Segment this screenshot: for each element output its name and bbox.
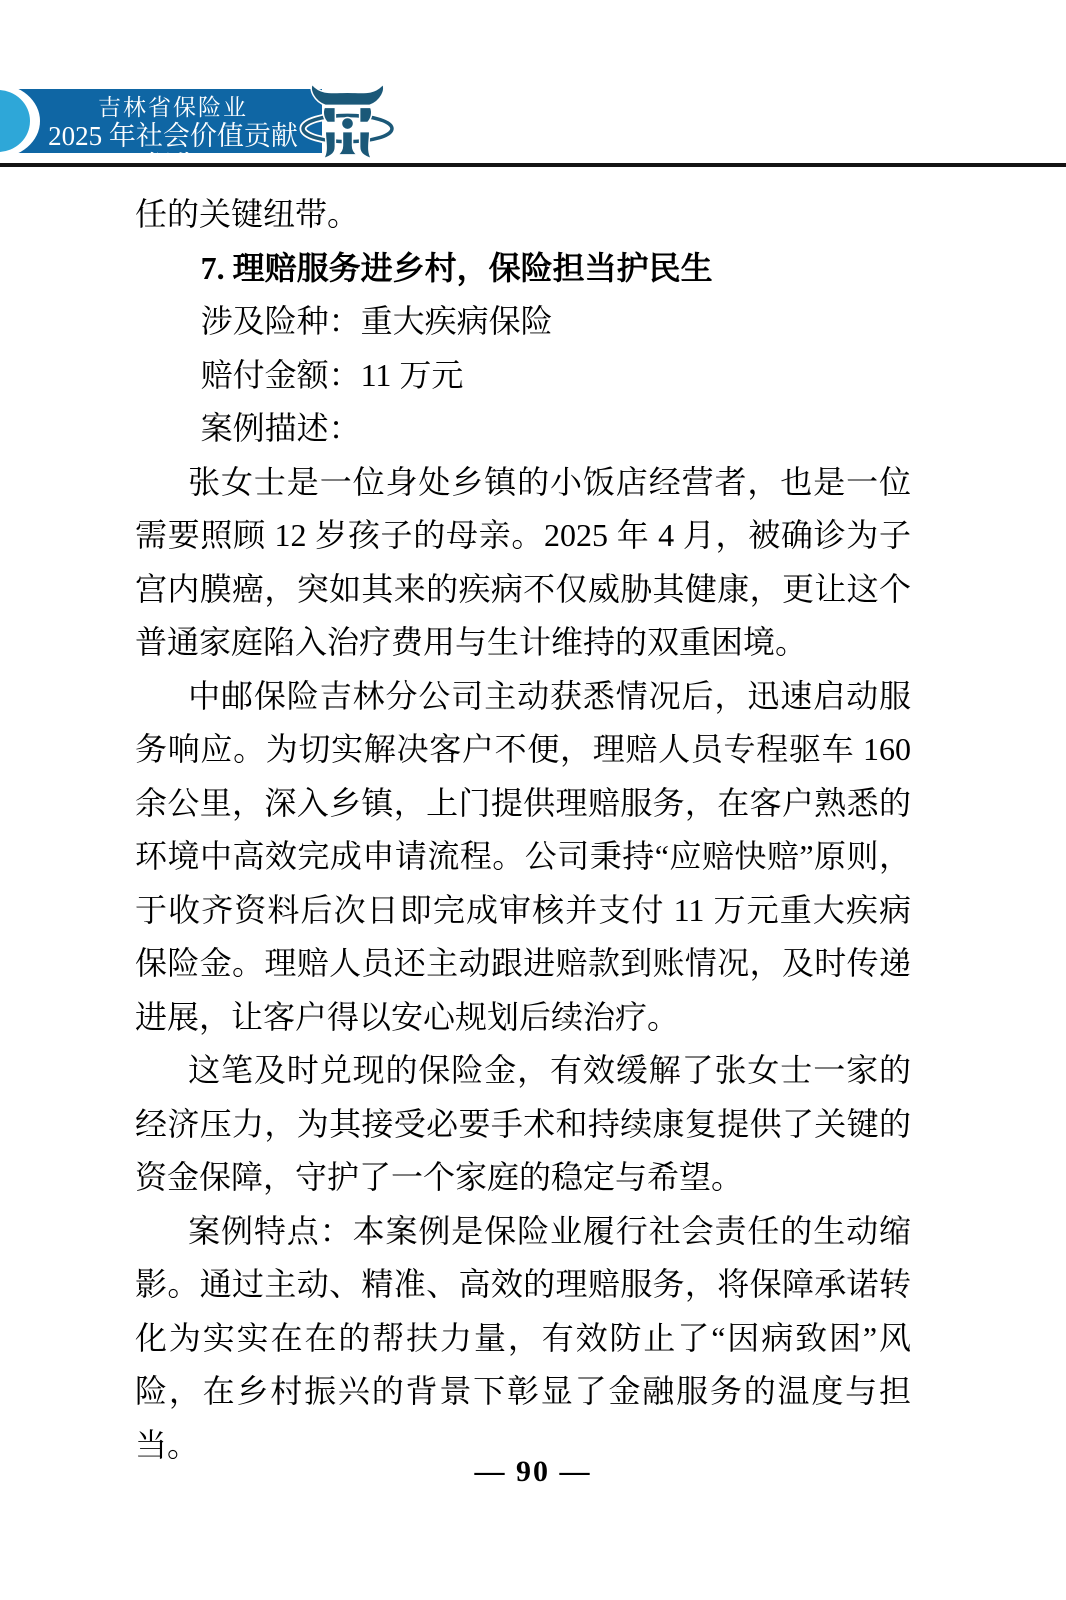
report-page: 吉林省保险业 2025 年社会价值贡献报告 任的关键纽带。 7. 理赔服务进乡村…: [0, 0, 1066, 1600]
banner-org-name: 吉林省保险业: [36, 95, 310, 121]
header-divider: [0, 163, 1066, 167]
meta-line-payout-amount: 赔付金额：11 万元: [135, 349, 911, 403]
insurance-association-pavilion-logo-icon: [299, 82, 396, 161]
banner-report-name: 2025 年社会价值贡献报告: [36, 121, 310, 181]
meta-line-insurance-type: 涉及险种：重大疾病保险: [135, 295, 911, 349]
page-body: 任的关键纽带。 7. 理赔服务进乡村，保险担当护民生 涉及险种：重大疾病保险 赔…: [135, 188, 911, 1472]
case-paragraph: 这笔及时兑现的保险金，有效缓解了张女士一家的经济压力，为其接受必要手术和持续康复…: [135, 1044, 911, 1205]
continuation-line: 任的关键纽带。: [135, 188, 911, 242]
case-paragraph: 中邮保险吉林分公司主动获悉情况后，迅速启动服务响应。为切实解决客户不便，理赔人员…: [135, 670, 911, 1045]
case-heading: 7. 理赔服务进乡村，保险担当护民生: [135, 242, 911, 296]
case-paragraph: 案例特点：本案例是保险业履行社会责任的生动缩影。通过主动、精准、高效的理赔服务，…: [135, 1205, 911, 1473]
meta-line-case-description-label: 案例描述：: [135, 402, 911, 456]
case-paragraph: 张女士是一位身处乡镇的小饭店经营者，也是一位需要照顾 12 岁孩子的母亲。202…: [135, 456, 911, 670]
banner-title: 吉林省保险业 2025 年社会价值贡献报告: [36, 95, 310, 181]
page-number: — 90 —: [0, 1455, 1066, 1489]
